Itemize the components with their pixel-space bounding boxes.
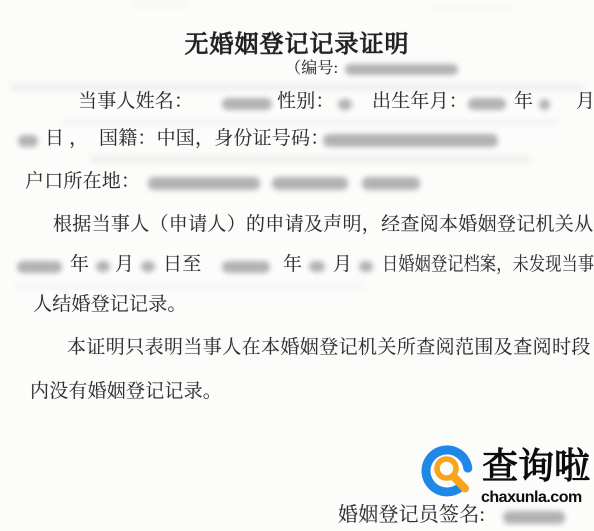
certificate-document: 无婚姻登记记录证明 （编号: 当事人姓名： 性别： 出生年月： 年 月 日 ， … <box>0 0 594 531</box>
from-month-unit: 月 <box>115 255 134 274</box>
redacted-id-number <box>323 134 498 147</box>
from-year-unit: 年 <box>70 255 89 274</box>
birth-day-unit: 日 ， <box>45 129 88 148</box>
redacted-birth-year <box>468 98 506 110</box>
watermark-brand-name: 查询啦 <box>482 448 590 484</box>
paragraph1-line3: 人结婚登记记录。 <box>33 295 187 314</box>
gender-label: 性别： <box>277 92 335 111</box>
birth-label: 出生年月： <box>372 92 468 111</box>
paragraph1-line2-tail: 日婚姻登记档案，未发现当事 <box>382 255 594 274</box>
birth-year-unit: 年 <box>514 92 533 111</box>
redacted-from-month <box>96 261 110 272</box>
scan-artifact <box>430 6 510 11</box>
scan-artifact <box>90 156 530 163</box>
birth-month-unit: 月 <box>576 92 594 111</box>
redacted-from-year <box>17 261 62 273</box>
registrar-signature-label: 婚姻登记员签名: <box>338 505 485 525</box>
paragraph2-line1: 本证明只表明当事人在本婚姻登记机关所查阅范围及查阅时段 <box>67 338 591 357</box>
redacted-name <box>222 98 272 110</box>
redacted-from-day <box>141 261 155 272</box>
to-year-unit: 年 <box>283 255 302 274</box>
document-title: 无婚姻登记记录证明 <box>0 24 594 59</box>
nationality-and-id-label: 国籍：中国，身份证号码： <box>99 129 329 148</box>
redacted-to-year <box>222 261 270 273</box>
redacted-serial-number <box>345 64 458 75</box>
serial-number-label: （编号: <box>285 61 338 77</box>
redacted-to-day <box>359 261 373 272</box>
watermark-domain: chaxunla.com <box>481 490 582 506</box>
paragraph2-line2: 内没有婚姻登记记录。 <box>30 382 222 401</box>
redacted-birth-month <box>539 99 550 110</box>
redacted-gender <box>338 99 352 110</box>
magnifier-in-open-circle-icon <box>420 443 477 500</box>
name-label: 当事人姓名： <box>78 92 193 111</box>
paragraph1-line1: 根据当事人（申请人）的申请及声明，经查阅本婚姻登记机关从 <box>53 215 593 234</box>
to-month-unit: 月 <box>333 255 352 274</box>
redacted-residence-part1 <box>148 177 260 190</box>
scan-artifact <box>130 2 190 7</box>
redacted-residence-part3 <box>362 177 420 190</box>
day-to-connector: 日至 <box>163 255 201 274</box>
scan-artifact <box>10 84 585 90</box>
redacted-signature <box>503 511 565 524</box>
scan-artifact <box>60 120 560 125</box>
residence-label: 户口所在地： <box>25 172 140 191</box>
redacted-residence-part2 <box>272 177 348 190</box>
redacted-birth-day <box>18 135 38 147</box>
scan-artifact <box>15 283 365 289</box>
redacted-to-month <box>309 261 325 272</box>
